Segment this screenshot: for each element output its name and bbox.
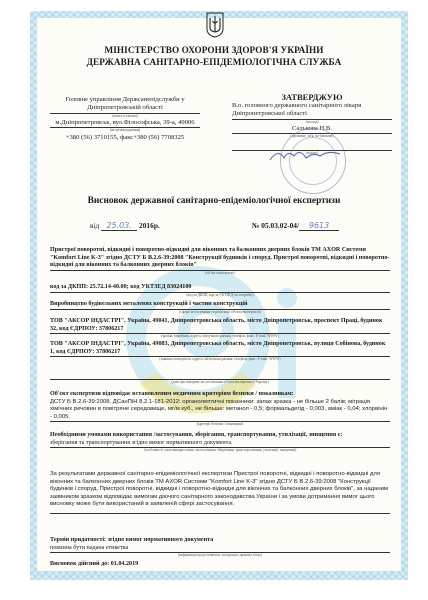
applicant-text: ТОВ "АКСОР ІНДАСТРІ", Україна, 49083, Дн… xyxy=(50,341,390,357)
date-year: 2016р. xyxy=(139,221,160,230)
codes-caption: (код за ДКПП, код за УКТЗЕД (за потреби)… xyxy=(50,293,390,298)
section-applicant: ТОВ "АКСОР ІНДАСТРІ", Україна, 49083, Дн… xyxy=(50,341,390,362)
date-prefix: від xyxy=(90,221,99,230)
conclusion-number: № 05.03.02-04/9613 xyxy=(252,221,339,231)
conditions-caption: (особливості умов використання, застосув… xyxy=(50,448,390,453)
applicant-caption: (заявник експертизи, адреса, місцезнаход… xyxy=(50,357,390,362)
criteria-text: ДСТУ Б В.2.6-39:2008, ДСанПіН 8.2.1-181-… xyxy=(50,399,390,423)
shelf-life-caption: (інформація щодо етикетки, інструкція, п… xyxy=(50,553,390,558)
manufacturer-caption: (країна, виробник, адреса, місцезнаходже… xyxy=(50,334,390,339)
institution-address-caption: (місцезнаходження) xyxy=(50,128,200,133)
shelf-life-heading: Термін придатності: згідно вимог нормати… xyxy=(50,537,390,545)
shelf-life-text: повинна бути надана етикетка xyxy=(50,545,390,554)
conclusion-date: від 25.03. 2016р. xyxy=(90,221,160,231)
section-criteria: Об'єкт експертизи відповідає встановлени… xyxy=(50,391,390,427)
conclusion-title: Висновок державної санітарно-епідеміолог… xyxy=(0,196,428,206)
approval-position: В.о. головного державного санітарного лі… xyxy=(232,102,392,120)
number-prefix: № 05.03.02-04/ xyxy=(252,221,299,230)
ministry-title: МІНІСТЕРСТВО ОХОРОНИ ЗДОРОВ'Я УКРАЇНИ xyxy=(0,45,428,55)
section-validity: Висновок дійсний до: 01.04.2019 xyxy=(50,561,390,569)
contract-text xyxy=(50,372,390,380)
trident-emblem-icon xyxy=(206,12,224,38)
result-text: За результатами державної санітарно-епід… xyxy=(50,471,390,514)
section-contract: (дані про контракт на постачання об'єкта… xyxy=(50,372,390,385)
institution-block: Головне управління Держсанепідслужби у Д… xyxy=(50,96,200,141)
object-text: Пристрої поворотні, відкидні і поворотно… xyxy=(50,247,390,271)
approval-heading: ЗАТВЕРДЖУЮ xyxy=(232,92,392,102)
institution-name: Головне управління Держсанепідслужби у Д… xyxy=(50,96,200,114)
conditions-text: зберігання та транспортування згідно вим… xyxy=(50,440,390,449)
manufacturer-text: ТОВ "АКСОР ІНДАСТРІ", Україна, 49041, Дн… xyxy=(50,318,390,334)
section-codes: код за ДКПП: 25.72.14-40.00; код УКТЗЕД … xyxy=(50,284,390,298)
service-title: ДЕРЖАВНА САНІТАРНО-ЕПІДЕМІОЛОГІЧНА СЛУЖБ… xyxy=(0,57,428,67)
section-shelf-life: Термін придатності: згідно вимог нормати… xyxy=(50,537,390,558)
signature-icon xyxy=(268,146,342,164)
validity-text: Висновок дійсний до: 01.04.2019 xyxy=(50,561,390,569)
conditions-heading: Необхідними умовами використання /застос… xyxy=(50,432,390,440)
criteria-caption: (критерії безпеки / показники) xyxy=(50,422,390,427)
criteria-heading: Об'єкт експертизи відповідає встановлени… xyxy=(50,391,390,399)
section-conditions: Необхідними умовами використання /застос… xyxy=(50,432,390,453)
contract-caption: (дані про контракт на постачання об'єкта… xyxy=(50,380,390,385)
date-handwritten: 25.03. xyxy=(101,221,137,231)
scope-caption: (сфера застосування та реалізації об'єкт… xyxy=(50,310,390,315)
section-result: За результатами державної санітарно-епід… xyxy=(50,471,390,514)
section-scope: Виробництво будівельних металевих констр… xyxy=(50,301,390,315)
institution-phones: +380 (56) 3710155, факс+380 (56) 7708325 xyxy=(50,134,200,141)
institution-address: м.Дніпропетровськ, вул.Філософська, 39-а… xyxy=(50,119,200,128)
codes-text: код за ДКПП: 25.72.14-40.00; код УКТЗЕД … xyxy=(50,284,390,293)
number-handwritten: 9613 xyxy=(299,221,339,231)
object-caption: (об'єкт експертизи) xyxy=(50,271,390,276)
scope-text: Виробництво будівельних металевих констр… xyxy=(50,301,390,310)
section-manufacturer: ТОВ "АКСОР ІНДАСТРІ", Україна, 49041, Дн… xyxy=(50,318,390,339)
section-object: Пристрої поворотні, відкидні і поворотно… xyxy=(50,247,390,276)
